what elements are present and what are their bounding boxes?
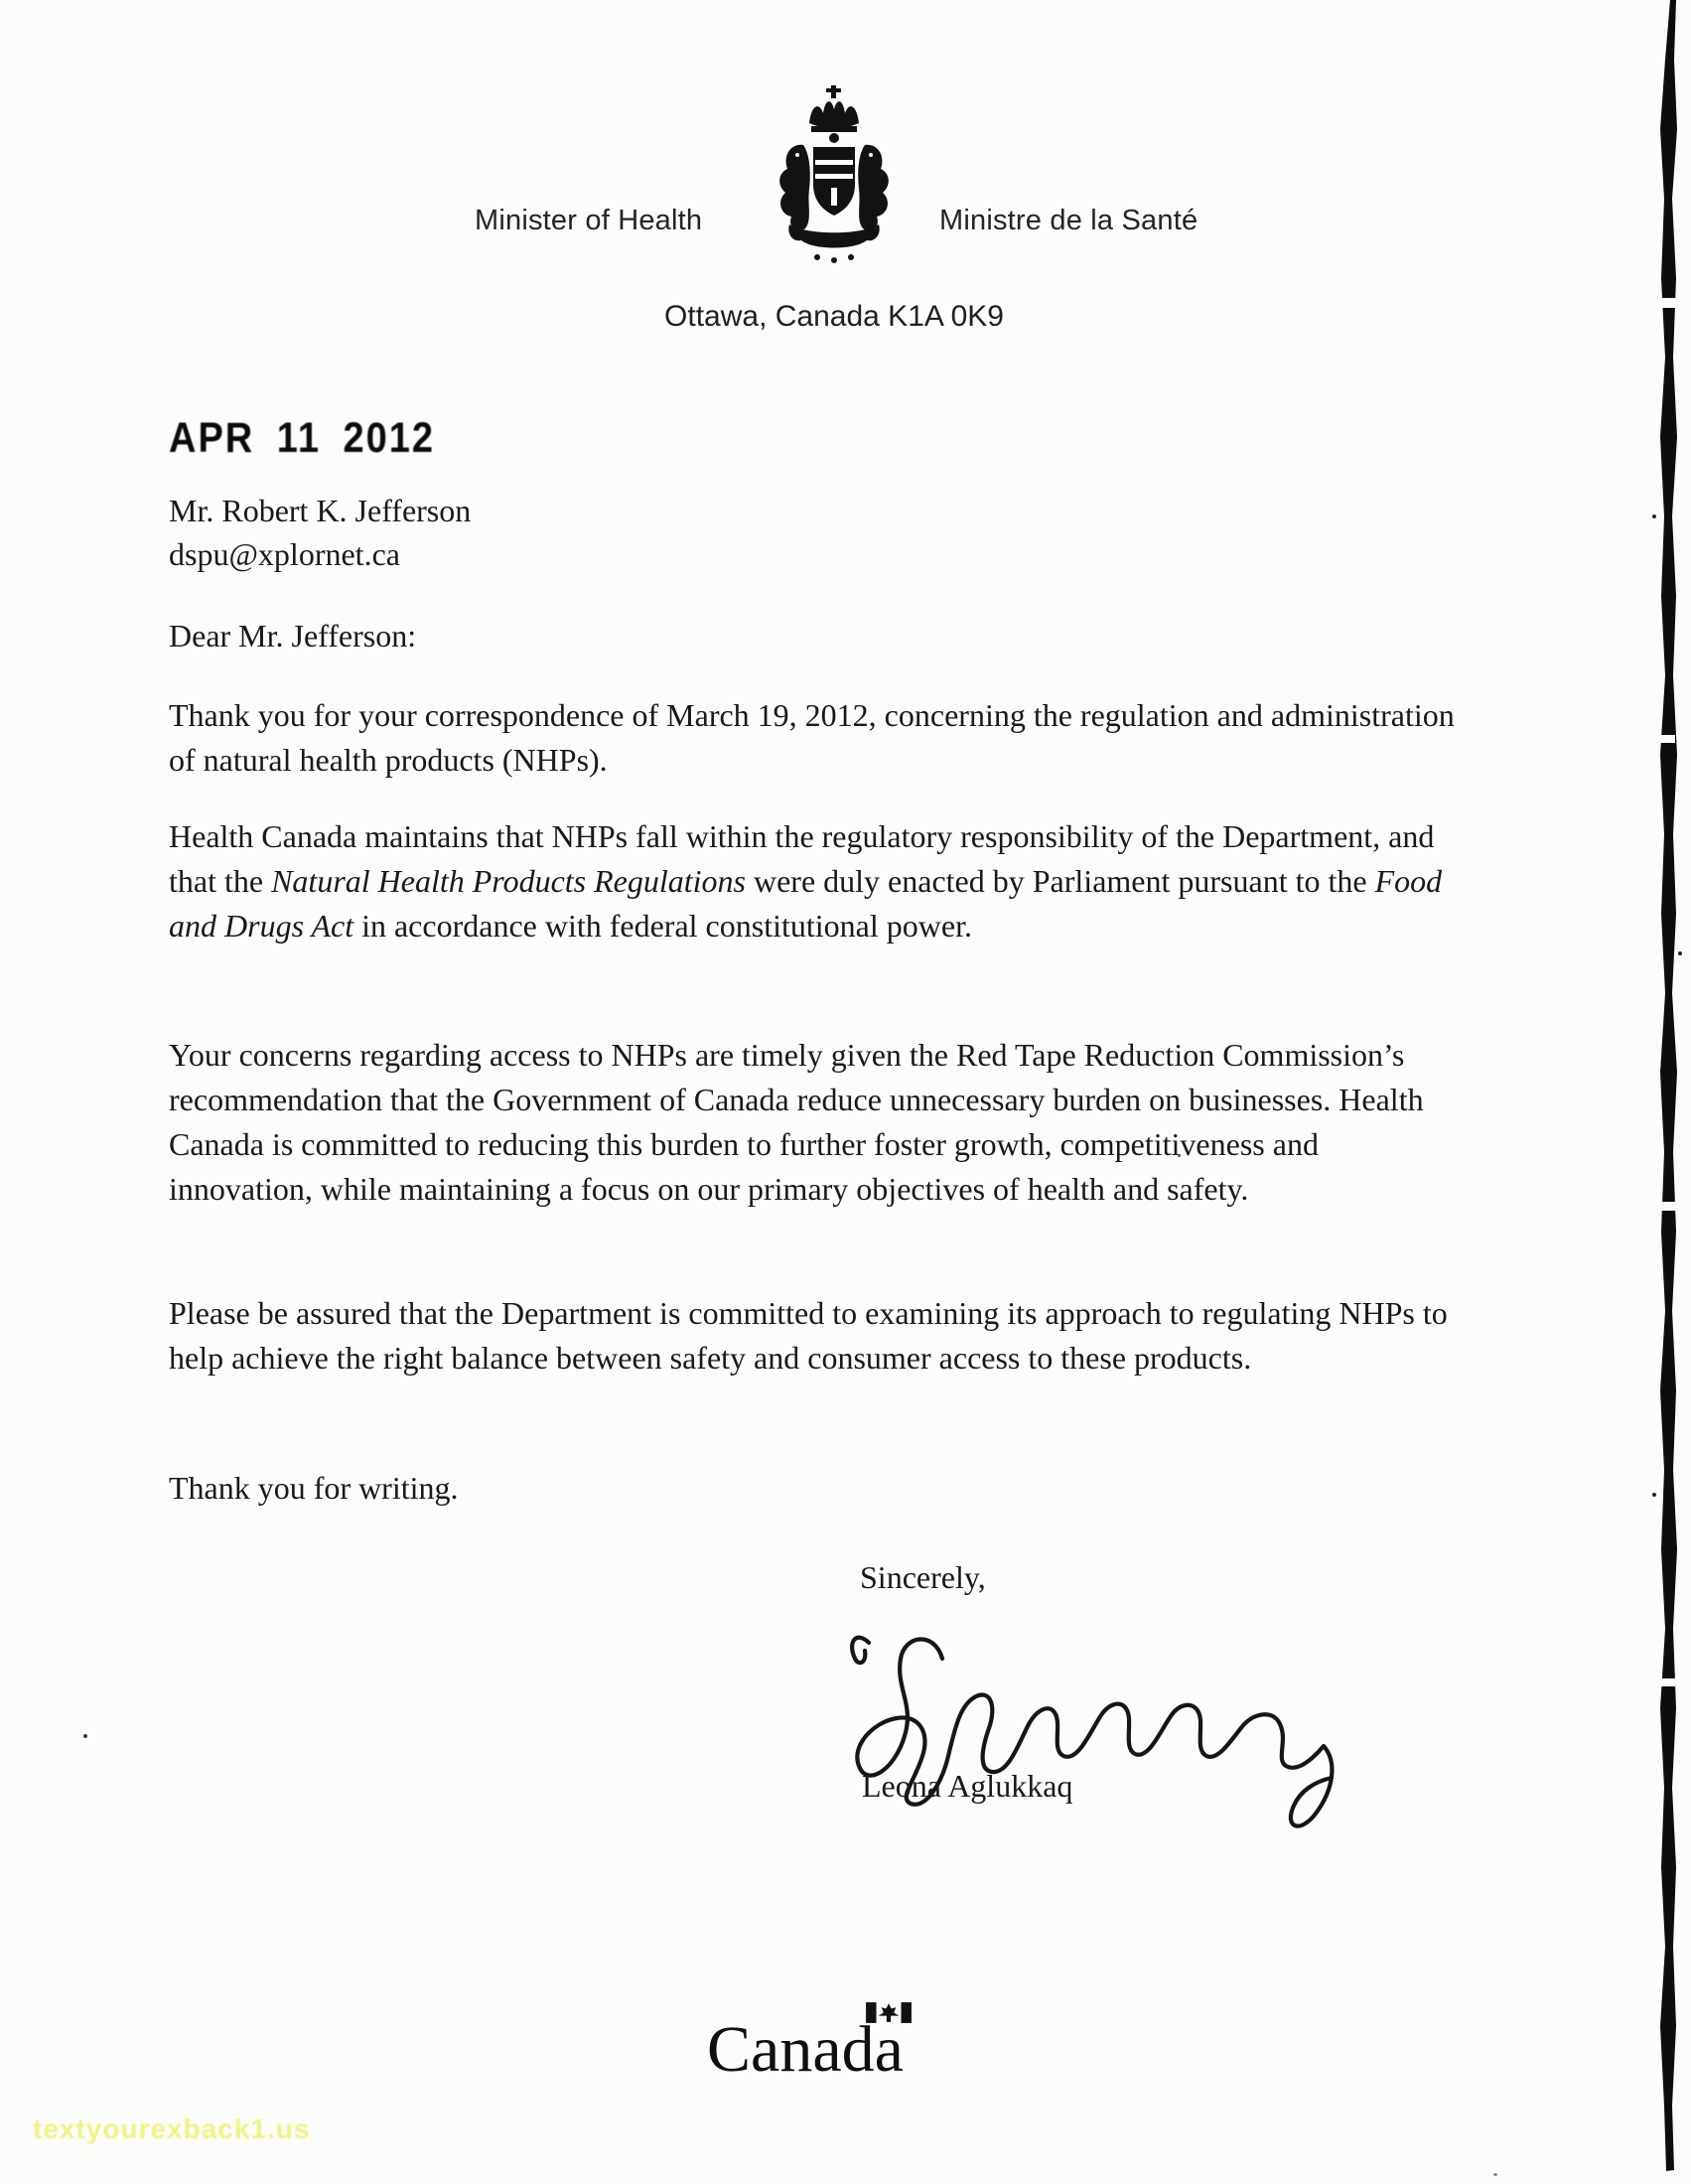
canada-wordmark: Canada xyxy=(707,2012,904,2088)
scan-speck xyxy=(1493,2173,1497,2176)
paragraph-2-run-italic-regulations: Natural Health Products Regulations xyxy=(271,863,746,899)
salutation: Dear Mr. Jefferson: xyxy=(169,618,416,655)
scan-speck xyxy=(83,1734,87,1738)
recipient-name: Mr. Robert K. Jefferson xyxy=(169,489,471,532)
paragraph-2: Health Canada maintains that NHPs fall w… xyxy=(169,814,1460,948)
paragraph-2-run: in accordance with federal constitutiona… xyxy=(353,908,972,944)
watermark: textyourexback1.us xyxy=(33,2113,310,2145)
ministre-de-la-sante-title: Ministre de la Santé xyxy=(939,205,1198,237)
canada-flag-icon xyxy=(866,2000,912,2025)
valediction: Sincerely, xyxy=(860,1559,986,1596)
signature-image xyxy=(839,1625,1380,1848)
scan-speck xyxy=(1178,1154,1181,1157)
scanned-letter-page: Minister of Health Ministre de la Santé … xyxy=(0,0,1691,2184)
paragraph-3: Your concerns regarding access to NHPs a… xyxy=(169,1033,1460,1212)
signer-name: Leona Aglukkaq xyxy=(862,1768,1072,1805)
recipient-block: Mr. Robert K. Jefferson dspu@xplornet.ca xyxy=(169,489,471,576)
date-stamp: APR 11 2012 xyxy=(169,415,435,463)
paragraph-2-run: were duly enacted by Parliament pursuant… xyxy=(746,863,1375,899)
scan-edge-artifact xyxy=(1650,0,1684,2175)
coat-of-arms-icon xyxy=(768,85,901,269)
recipient-email: dspu@xplornet.ca xyxy=(169,532,471,576)
closing-thanks: Thank you for writing. xyxy=(169,1470,459,1507)
paragraph-1: Thank you for your correspondence of Mar… xyxy=(169,693,1460,783)
ottawa-address: Ottawa, Canada K1A 0K9 xyxy=(664,300,1004,334)
paragraph-4: Please be assured that the Department is… xyxy=(169,1291,1460,1381)
minister-of-health-title: Minister of Health xyxy=(475,205,702,237)
